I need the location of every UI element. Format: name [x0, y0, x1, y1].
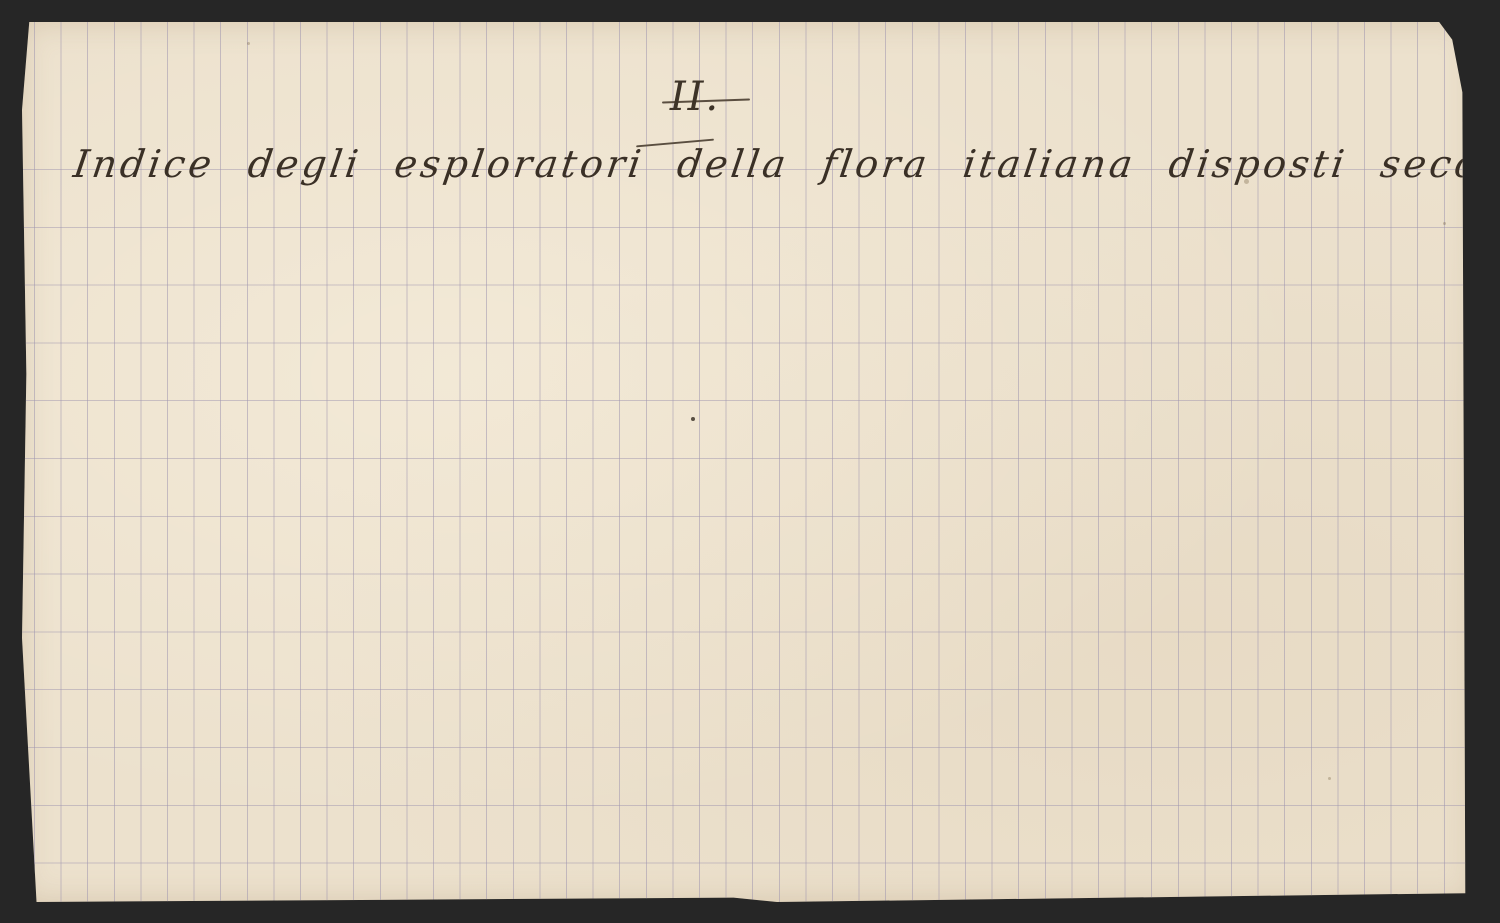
page-title: Indice degli esploratori della flora ita…: [71, 142, 1467, 186]
paper-speck: [1443, 222, 1446, 225]
section-numeral: II.: [640, 74, 750, 120]
paper-speck: [247, 42, 250, 45]
ink-speck: [691, 417, 695, 421]
manuscript-page: II. Indice degli esploratori della flora…: [22, 22, 1474, 902]
horizontal-grid-lines: [22, 169, 1474, 902]
paper-speck: [1328, 777, 1331, 780]
